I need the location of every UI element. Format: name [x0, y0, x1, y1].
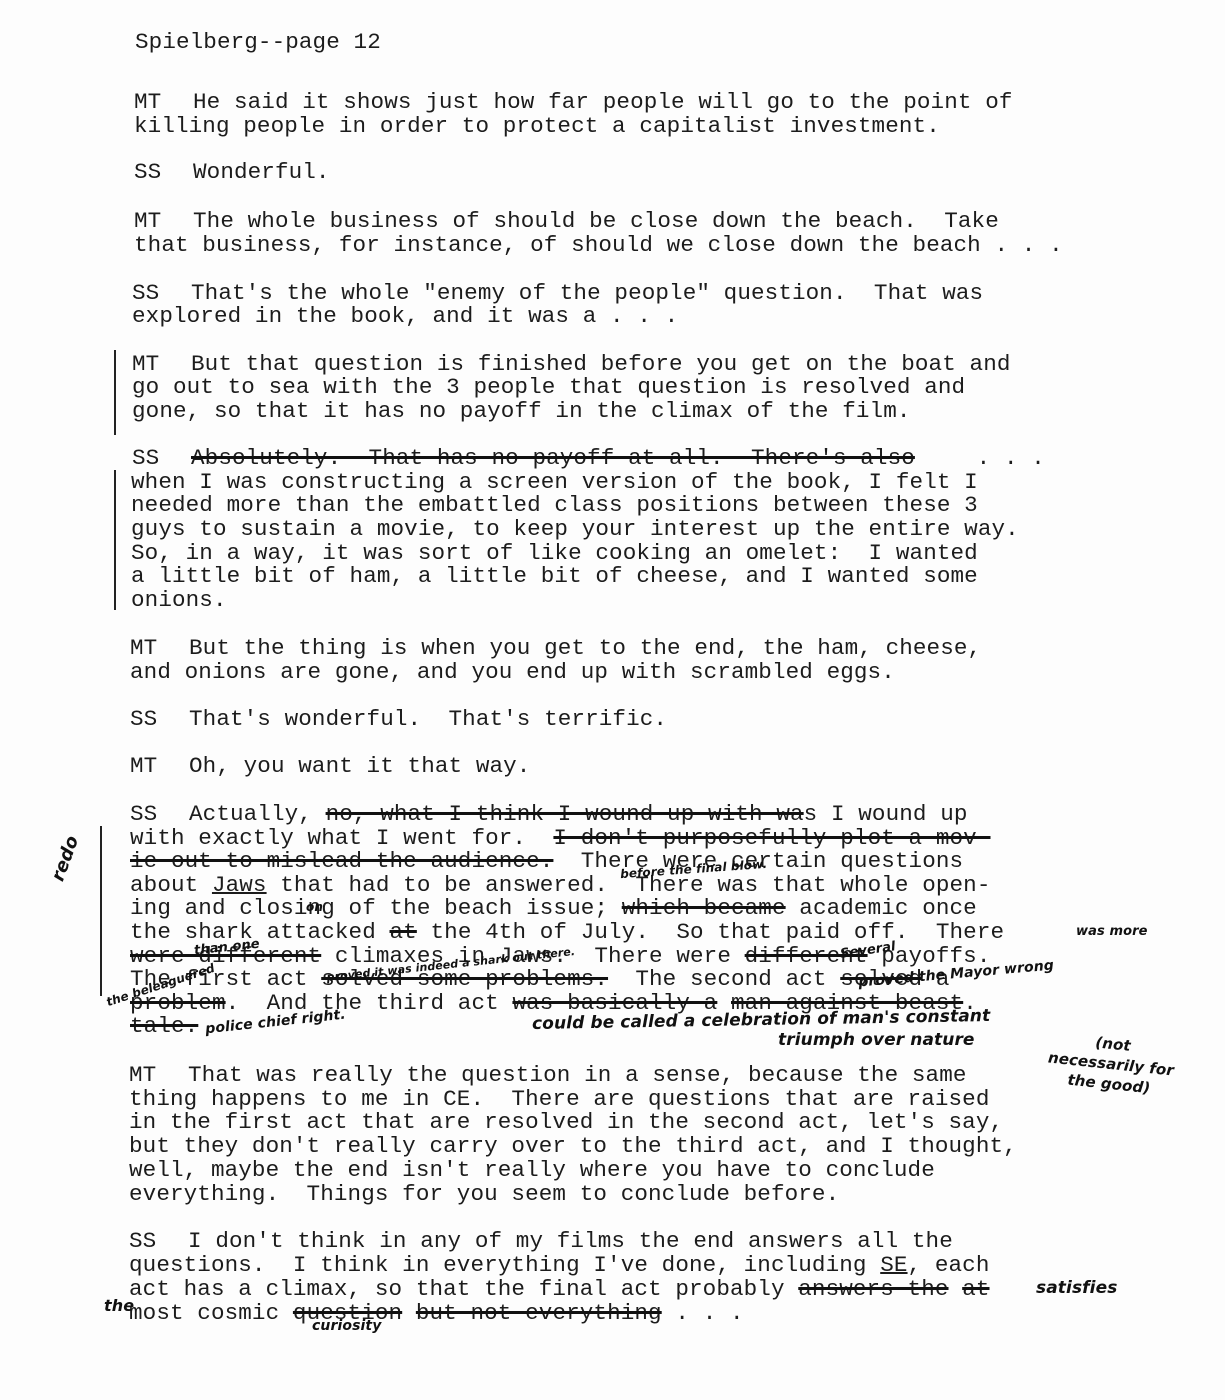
text-line: That's the whole "enemy of the people" q… — [191, 281, 983, 305]
text-segment: ing and closing of the beach issue; — [130, 895, 622, 921]
text-segment: most cosmic — [129, 1300, 293, 1326]
text-line: in the first act that are resolved in th… — [129, 1110, 1003, 1134]
handwritten-note: (not necessarily for the good) — [1043, 1027, 1179, 1100]
text-line: everything. Things for you seem to concl… — [129, 1182, 839, 1206]
handwritten-note: satisfies — [1036, 1278, 1117, 1298]
text-segment: the 4th of July. So that paid off. There — [417, 919, 1004, 945]
text-line: but they don't really carry over to the … — [129, 1134, 1017, 1158]
text-line: explored in the book, and it was a . . . — [132, 304, 678, 328]
handwritten-note: curiosity — [312, 1318, 381, 1334]
text-line: well, maybe the end isn't really where y… — [129, 1158, 935, 1182]
speaker-label: MT — [129, 1063, 156, 1087]
text-line: ing and closing of the beach issue; whic… — [130, 896, 977, 920]
text-segment: questions. I think in everything I've do… — [129, 1252, 880, 1278]
text-line: with exactly what I went for. I don't pu… — [130, 826, 991, 850]
text-line: needed more than the embattled class pos… — [131, 493, 978, 517]
text-line: . . . — [963, 446, 1045, 470]
margin-bracket — [114, 350, 124, 435]
text-segment: the shark attacked — [130, 919, 390, 945]
struck-text: at — [962, 1276, 989, 1302]
speaker-label: SS — [129, 1229, 156, 1253]
text-segment: academic once — [786, 895, 977, 921]
text-line: when I was constructing a screen version… — [131, 470, 978, 494]
text-line: That was really the question in a sense,… — [188, 1063, 967, 1087]
text-segment: , each — [908, 1252, 990, 1278]
text-segment: with exactly what I went for. — [130, 825, 553, 851]
speaker-label: MT — [130, 636, 157, 660]
speaker-label: SS — [132, 446, 159, 470]
text-line: the shark attacked at the 4th of July. S… — [130, 920, 1004, 944]
text-line: about Jaws that had to be answered. Ther… — [130, 873, 991, 897]
text-line: that business, for instance, of should w… — [134, 233, 1063, 257]
text-line: act has a climax, so that the final act … — [129, 1277, 990, 1301]
text-segment: about — [130, 872, 212, 898]
struck-text: at — [390, 919, 417, 945]
text-line: So, in a way, it was sort of like cookin… — [131, 541, 978, 565]
text-line: killing people in order to protect a cap… — [134, 114, 940, 138]
text-line: tale. — [130, 1014, 198, 1038]
margin-bracket — [100, 826, 110, 996]
struck-text: answers the — [798, 1276, 948, 1302]
struck-text: no, what I think I wound up with wa — [326, 801, 804, 827]
text-line: The first act solved some problems. The … — [130, 967, 950, 991]
struck-text: ie out to mislead the audience. — [130, 848, 553, 874]
text-line: most cosmic question but not everything … — [129, 1301, 744, 1325]
text-line: and onions are gone, and you end up with… — [130, 660, 895, 684]
text-segment: I don't think in any of my films the end… — [188, 1228, 953, 1254]
text-line: thing happens to me in CE. There are que… — [129, 1087, 989, 1111]
text-line: a little bit of ham, a little bit of che… — [131, 564, 978, 588]
text-line: go out to sea with the 3 people that que… — [132, 375, 965, 399]
handwritten-note: the — [104, 1296, 134, 1315]
struck-text: which became — [622, 895, 786, 921]
text-segment: . And the third act — [226, 990, 513, 1016]
text-line: Actually, no, what I think I wound up wi… — [189, 802, 968, 826]
text-line: The whole business of should be close do… — [193, 209, 999, 233]
text-line: guys to sustain a movie, to keep your in… — [131, 517, 1019, 541]
text-segment: Actually, — [189, 801, 326, 827]
page-header: Spielberg--page 12 — [135, 30, 381, 54]
text-line: But the thing is when you get to the end… — [189, 636, 981, 660]
speaker-label: MT — [130, 754, 157, 778]
handwritten-note: redo — [48, 833, 84, 884]
text-segment: The second act — [608, 966, 840, 992]
text-line: Oh, you want it that way. — [189, 754, 530, 778]
text-line: He said it shows just how far people wil… — [193, 90, 1013, 114]
text-segment: . . . — [662, 1300, 744, 1326]
underlined-title: SE — [880, 1252, 907, 1278]
margin-bracket — [114, 470, 124, 610]
text-segment — [402, 1300, 416, 1326]
text-line: gone, so that it has no payoff in the cl… — [132, 399, 911, 423]
text-line: Wonderful. — [193, 160, 330, 184]
text-line: But that question is finished before you… — [191, 352, 1011, 376]
handwritten-note: on — [306, 900, 323, 914]
text-line: I don't think in any of my films the end… — [188, 1229, 953, 1253]
speaker-label: SS — [130, 802, 157, 826]
speaker-label: SS — [132, 281, 159, 305]
speaker-label: SS — [130, 707, 157, 731]
handwritten-note: was more — [1076, 924, 1148, 939]
text-segment: act has a climax, so that the final act … — [129, 1276, 798, 1302]
speaker-label: MT — [134, 209, 161, 233]
struck-text: I don't purposefully plot a mov- — [553, 825, 990, 851]
text-line: onions. — [131, 588, 227, 612]
handwritten-note: triumph over nature — [778, 1030, 975, 1050]
text-line: That's wonderful. That's terrific. — [189, 707, 667, 731]
text-line: ie out to mislead the audience. There we… — [130, 849, 963, 873]
document-page: Spielberg--page 12 MT He said it shows j… — [0, 0, 1225, 1400]
speaker-label: MT — [132, 352, 159, 376]
speaker-label: MT — [134, 90, 161, 114]
speaker-label: SS — [134, 160, 161, 184]
text-line: questions. I think in everything I've do… — [129, 1253, 990, 1277]
underlined-title: Jaws — [212, 872, 267, 898]
struck-text: tale. — [130, 1013, 198, 1039]
text-segment: s I wound up — [804, 801, 968, 827]
struck-text: Absolutely. That has no payoff at all. T… — [191, 446, 915, 470]
text-segment — [949, 1276, 963, 1302]
struck-text: but not everything — [416, 1300, 662, 1326]
